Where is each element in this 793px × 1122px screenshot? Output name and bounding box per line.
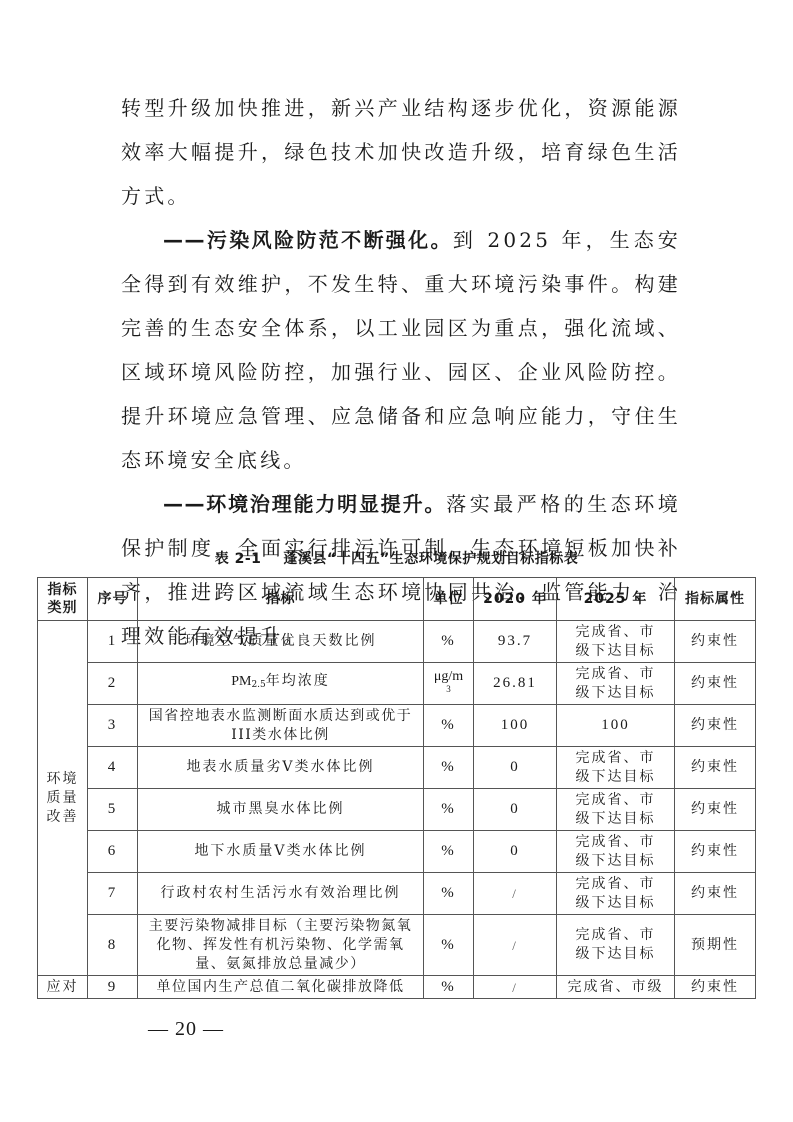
indicator-text: 主要污染物减排目标（主要污染物氮氧化物、挥发性有机污染物、化学需氧量、氨氮排放总… — [149, 918, 413, 972]
table-row: 4 地表水质量劣Ⅴ类水体比例 % 0 完成省、市级下达目标 约束性 — [38, 747, 756, 789]
unit-cell: % — [424, 831, 474, 873]
value-2025-cell: 完成省、市级下达目标 — [557, 747, 675, 789]
indicator-cell: 地表水质量劣Ⅴ类水体比例 — [138, 747, 424, 789]
unit-cell: % — [424, 747, 474, 789]
value-2025-cell: 完成省、市级下达目标 — [557, 789, 675, 831]
attribute-cell: 约束性 — [675, 747, 756, 789]
seq-cell: 4 — [88, 747, 138, 789]
indicator-subscript: 2.5 — [251, 680, 265, 690]
table-row: 3 国省控地表水监测断面水质达到或优于III类水体比例 % 100 100 约束… — [38, 705, 756, 747]
value-2025-cell: 完成省、市级下达目标 — [557, 915, 675, 976]
paragraph-text: 转型升级加快推进，新兴产业结构逐步优化，资源能源效率大幅提升，绿色技术加快改造升… — [121, 96, 681, 208]
value-2025-cell: 完成省、市级 — [557, 976, 675, 999]
indicator-cell: 国省控地表水监测断面水质达到或优于III类水体比例 — [138, 705, 424, 747]
indicator-cell: 行政村农村生活污水有效治理比例 — [138, 873, 424, 915]
attribute-cell: 约束性 — [675, 663, 756, 705]
category-label: 环境质量改善 — [46, 770, 80, 827]
unit-cell: % — [424, 976, 474, 999]
seq-cell: 2 — [88, 663, 138, 705]
value-2025-text: 完成省、市级下达目标 — [570, 791, 662, 829]
header-seq: 序号 — [88, 578, 138, 621]
paragraph-transformation: 转型升级加快推进，新兴产业结构逐步优化，资源能源效率大幅提升，绿色技术加快改造升… — [121, 86, 681, 218]
value-2020-cell: 0 — [474, 831, 557, 873]
table-caption: 表 2-1蓬溪县“十四五”生态环境保护规划目标指标表 — [0, 548, 793, 568]
unit-cell: % — [424, 873, 474, 915]
indicator-cell: 环境空气质量优良天数比例 — [138, 621, 424, 663]
table-caption-number: 表 2-1 — [215, 551, 262, 567]
value-2025-text: 完成省、市级下达目标 — [570, 623, 662, 661]
value-2020-cell: 0 — [474, 747, 557, 789]
indicator-text: 年均浓度 — [266, 673, 330, 689]
seq-cell: 6 — [88, 831, 138, 873]
unit-cell: % — [424, 915, 474, 976]
indicator-prefix: PM — [231, 674, 251, 689]
attribute-cell: 约束性 — [675, 873, 756, 915]
value-2025-text: 完成省、市级下达目标 — [570, 926, 662, 964]
value-2020-cell: 93.7 — [474, 621, 557, 663]
value-2020-cell: / — [474, 976, 557, 999]
table-row: 5 城市黑臭水体比例 % 0 完成省、市级下达目标 约束性 — [38, 789, 756, 831]
header-category-label: 指标类别 — [48, 581, 78, 617]
indicator-cell: 城市黑臭水体比例 — [138, 789, 424, 831]
paragraph-lead-heading: ——污染风险防范不断强化。 — [163, 228, 453, 252]
attribute-cell: 约束性 — [675, 976, 756, 999]
attribute-cell: 约束性 — [675, 831, 756, 873]
indicator-cell: PM2.5年均浓度 — [138, 663, 424, 705]
indicator-cell: 主要污染物减排目标（主要污染物氮氧化物、挥发性有机污染物、化学需氧量、氨氮排放总… — [138, 915, 424, 976]
table-row: 8 主要污染物减排目标（主要污染物氮氧化物、挥发性有机污染物、化学需氧量、氨氮排… — [38, 915, 756, 976]
value-2020-cell: 100 — [474, 705, 557, 747]
indicator-cell: 单位国内生产总值二氧化碳排放降低 — [138, 976, 424, 999]
value-2025-text: 完成省、市级下达目标 — [570, 665, 662, 703]
paragraph-pollution-risk: ——污染风险防范不断强化。到 2025 年，生态安全得到有效维护，不发生特、重大… — [121, 218, 681, 482]
value-2025-cell: 100 — [557, 705, 675, 747]
value-2025-text: 完成省、市级下达目标 — [570, 749, 662, 787]
value-2025-cell: 完成省、市级下达目标 — [557, 831, 675, 873]
seq-cell: 3 — [88, 705, 138, 747]
indicator-text: 国省控地表水监测断面水质达到或优于III类水体比例 — [149, 708, 413, 743]
attribute-cell: 预期性 — [675, 915, 756, 976]
table-row: 环境质量改善 1 环境空气质量优良天数比例 % 93.7 完成省、市级下达目标 … — [38, 621, 756, 663]
header-category: 指标类别 — [38, 578, 88, 621]
header-indicator: 指标 — [138, 578, 424, 621]
category-cell: 应对 — [38, 976, 88, 999]
value-2025-text: 完成省、市级下达目标 — [570, 875, 662, 913]
unit-text: μg/m — [434, 669, 463, 684]
seq-cell: 7 — [88, 873, 138, 915]
attribute-cell: 约束性 — [675, 705, 756, 747]
unit-cell: % — [424, 705, 474, 747]
unit-cell: % — [424, 621, 474, 663]
value-2020-cell: / — [474, 873, 557, 915]
paragraph-lead-heading: ——环境治理能力明显提升。 — [163, 492, 446, 516]
page-number: — 20 — — [148, 1018, 224, 1041]
value-2025-text: 完成省、市级下达目标 — [570, 833, 662, 871]
unit-cell: % — [424, 789, 474, 831]
header-unit: 单位 — [424, 578, 474, 621]
table-caption-title: 蓬溪县“十四五”生态环境保护规划目标指标表 — [283, 551, 578, 567]
paragraph-text: 到 2025 年，生态安全得到有效维护，不发生特、重大环境污染事件。构建完善的生… — [121, 228, 681, 472]
table-row: 7 行政村农村生活污水有效治理比例 % / 完成省、市级下达目标 约束性 — [38, 873, 756, 915]
attribute-cell: 约束性 — [675, 621, 756, 663]
indicators-table: 指标类别 序号 指标 单位 2020 年 2025 年 指标属性 环境质量改善 … — [37, 577, 756, 999]
value-2020-cell: / — [474, 915, 557, 976]
unit-cell: μg/m3 — [424, 663, 474, 705]
indicator-cell: 地下水质量Ⅴ类水体比例 — [138, 831, 424, 873]
unit-subscript: 3 — [434, 683, 463, 696]
value-2025-cell: 完成省、市级下达目标 — [557, 663, 675, 705]
header-2025: 2025 年 — [557, 578, 675, 621]
seq-cell: 8 — [88, 915, 138, 976]
seq-cell: 1 — [88, 621, 138, 663]
table-row: 6 地下水质量Ⅴ类水体比例 % 0 完成省、市级下达目标 约束性 — [38, 831, 756, 873]
value-2025-cell: 完成省、市级下达目标 — [557, 621, 675, 663]
category-cell: 环境质量改善 — [38, 621, 88, 976]
value-2020-cell: 26.81 — [474, 663, 557, 705]
attribute-cell: 约束性 — [675, 789, 756, 831]
table-header-row: 指标类别 序号 指标 单位 2020 年 2025 年 指标属性 — [38, 578, 756, 621]
body-text: 转型升级加快推进，新兴产业结构逐步优化，资源能源效率大幅提升，绿色技术加快改造升… — [121, 86, 681, 658]
header-attribute: 指标属性 — [675, 578, 756, 621]
header-2020: 2020 年 — [474, 578, 557, 621]
value-2020-cell: 0 — [474, 789, 557, 831]
seq-cell: 9 — [88, 976, 138, 999]
seq-cell: 5 — [88, 789, 138, 831]
table-row: 2 PM2.5年均浓度 μg/m3 26.81 完成省、市级下达目标 约束性 — [38, 663, 756, 705]
value-2025-cell: 完成省、市级下达目标 — [557, 873, 675, 915]
table-row: 应对 9 单位国内生产总值二氧化碳排放降低 % / 完成省、市级 约束性 — [38, 976, 756, 999]
